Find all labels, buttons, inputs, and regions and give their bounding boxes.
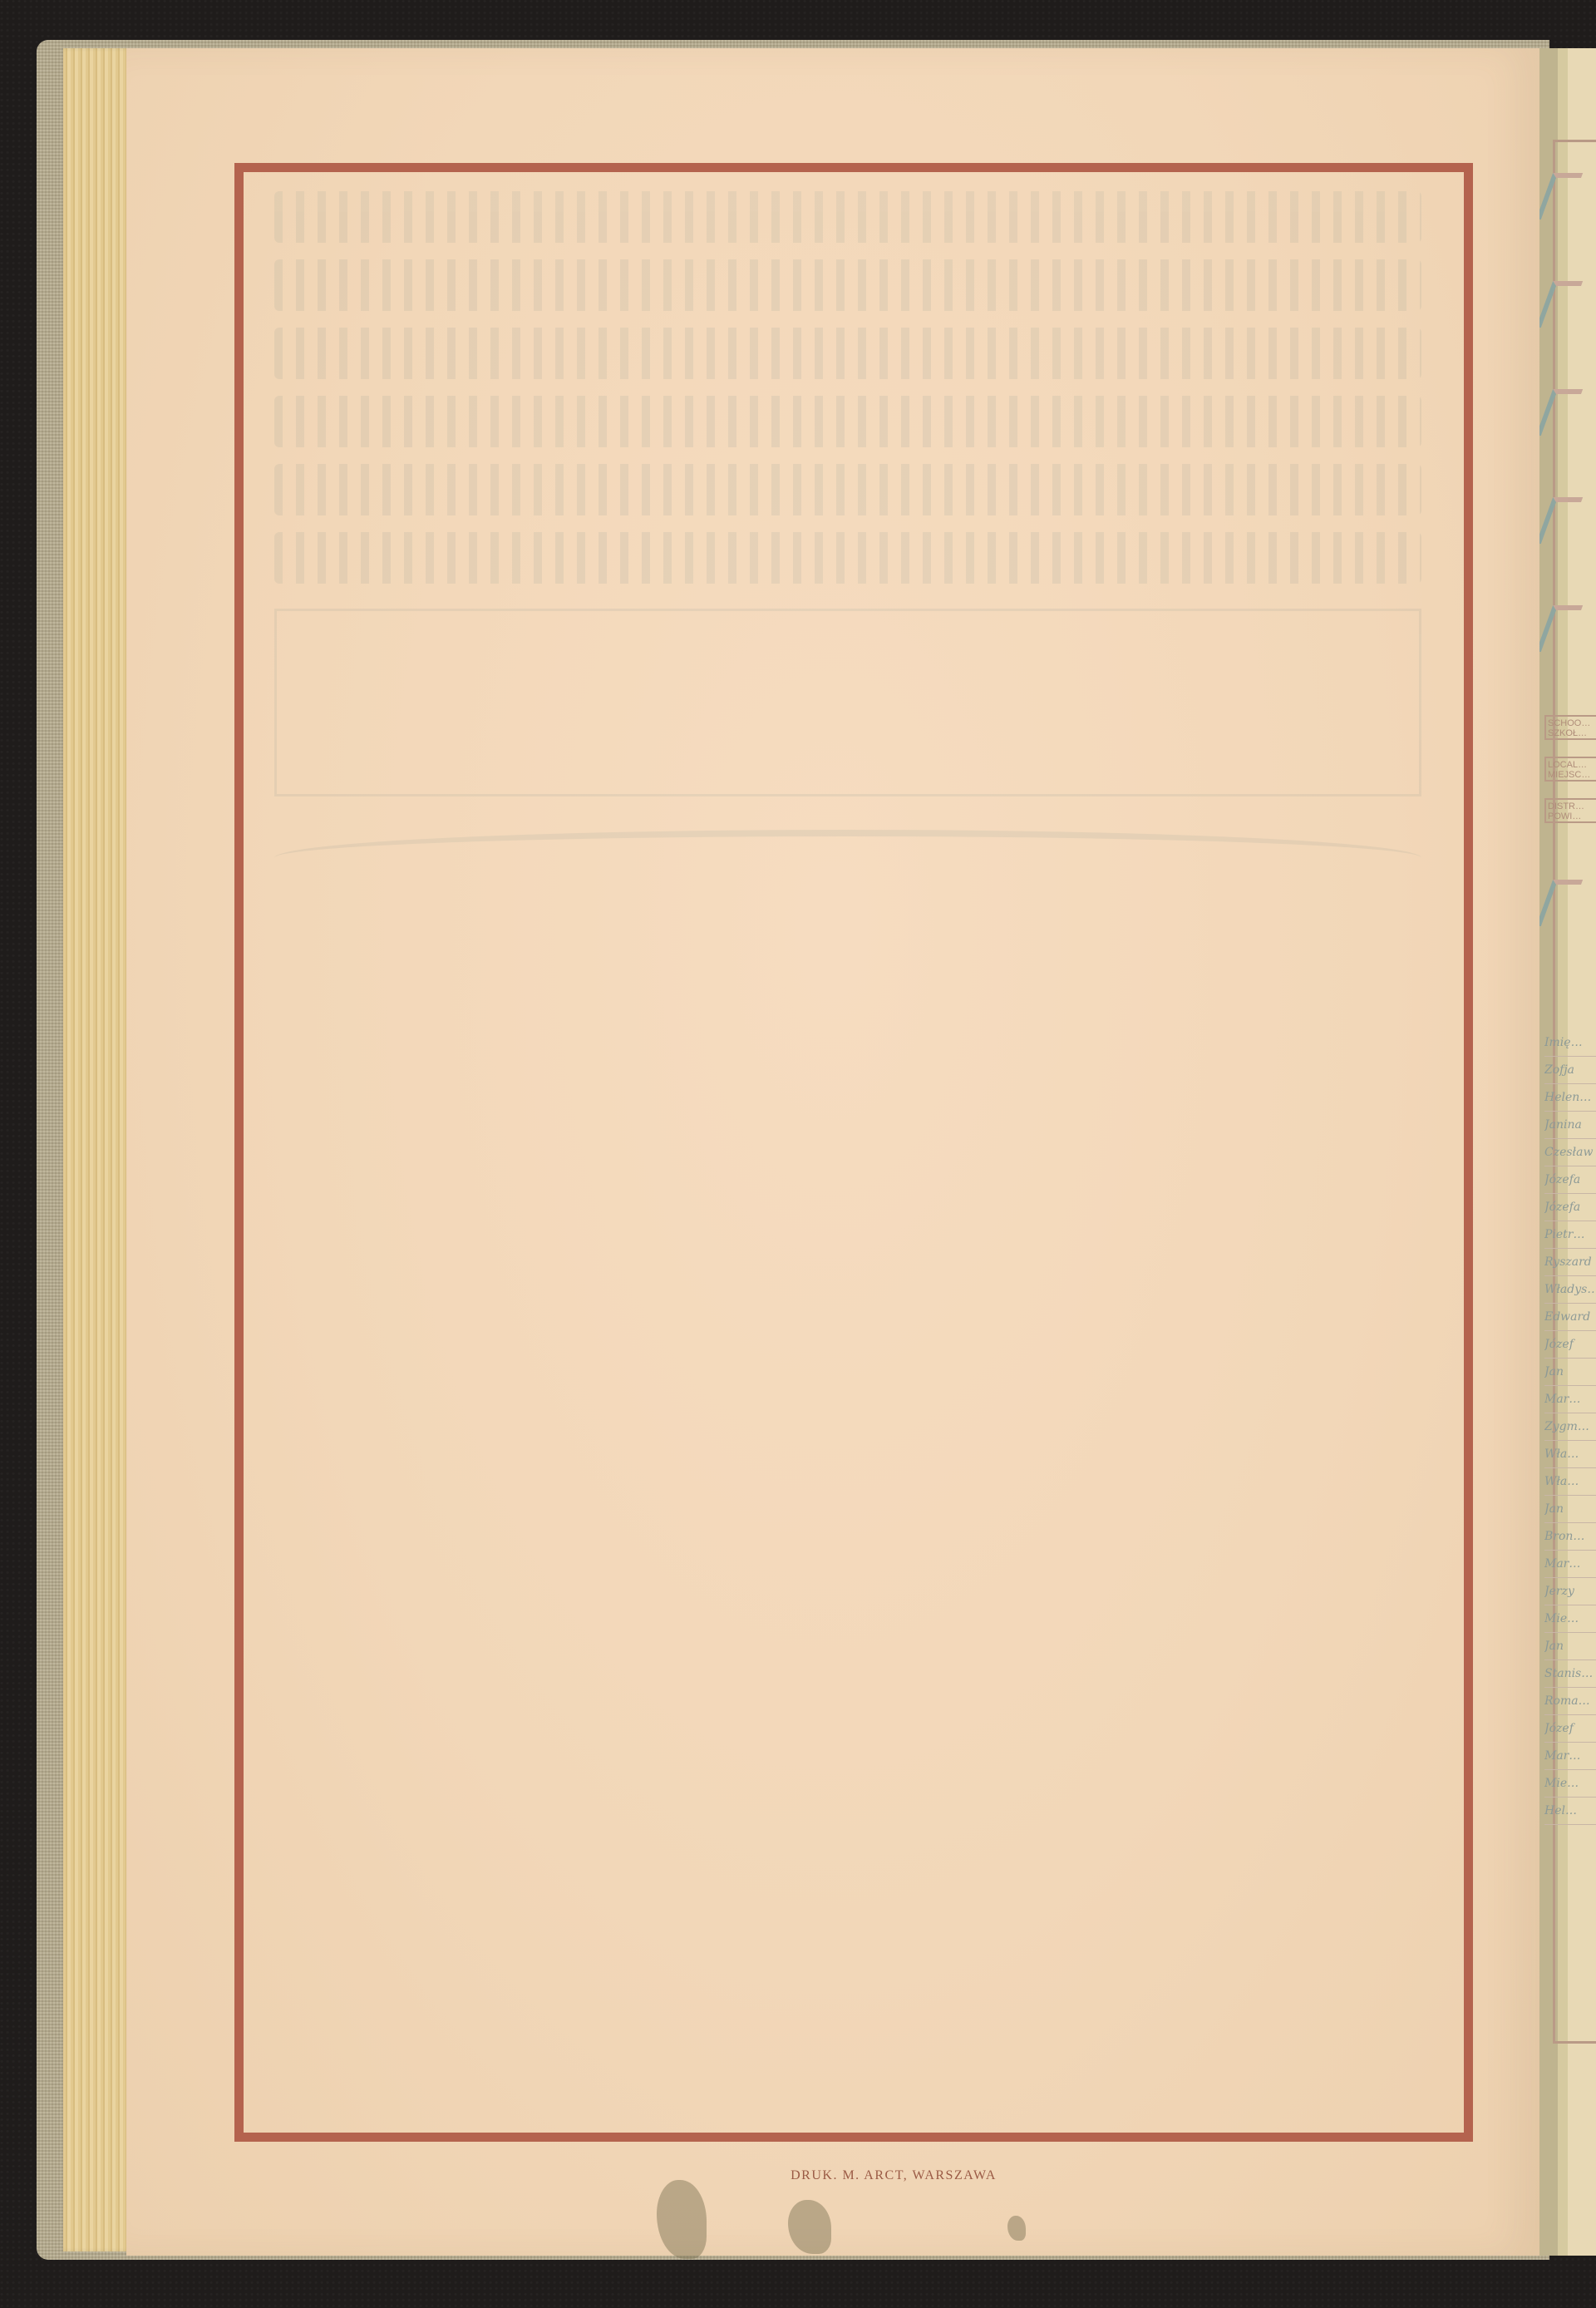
facing-label-school: SCHOO… SZKOŁ… <box>1544 715 1596 740</box>
decorative-red-frame <box>234 163 1473 2142</box>
name-entry: Roma… <box>1544 1688 1596 1715</box>
name-entry: Mie… <box>1544 1605 1596 1633</box>
name-entry: Wła… <box>1544 1441 1596 1468</box>
name-entry: Zygm… <box>1544 1413 1596 1441</box>
facing-label-locality: LOCAL… MIEJSC… <box>1544 757 1596 782</box>
name-entry: Stanis… <box>1544 1660 1596 1688</box>
name-entry: Czesław <box>1544 1139 1596 1166</box>
name-entry: Józef <box>1544 1331 1596 1359</box>
name-entry: Edward <box>1544 1304 1596 1331</box>
name-entry: Jerzy <box>1544 1578 1596 1605</box>
name-entry: Hel… <box>1544 1798 1596 1825</box>
name-entry: Mie… <box>1544 1770 1596 1798</box>
facing-names-list: Imię… Zofja Helen… Janina Czesław Józefa… <box>1544 1029 1596 1825</box>
water-stain <box>1007 2216 1026 2241</box>
name-entry: Józef <box>1544 1715 1596 1743</box>
name-entry: Mar… <box>1544 1743 1596 1770</box>
facing-label-district: DISTR… POWI… <box>1544 798 1596 823</box>
page-edges-stack <box>63 48 135 2251</box>
name-entry: Jan <box>1544 1496 1596 1523</box>
name-entry: Władys… <box>1544 1276 1596 1304</box>
name-entry: Józefa <box>1544 1166 1596 1194</box>
name-entry: Bron… <box>1544 1523 1596 1551</box>
name-entry: Imię… <box>1544 1029 1596 1057</box>
name-entry: Ryszard <box>1544 1249 1596 1276</box>
name-entry: Zofja <box>1544 1057 1596 1084</box>
name-entry: Józefa <box>1544 1194 1596 1221</box>
name-entry: Helen… <box>1544 1084 1596 1112</box>
name-entry: Mar… <box>1544 1551 1596 1578</box>
facing-page-edge: SCHOO… SZKOŁ… LOCAL… MIEJSC… DISTR… POWI… <box>1539 48 1596 2256</box>
name-entry: Mar… <box>1544 1386 1596 1413</box>
name-entry: Jan <box>1544 1633 1596 1660</box>
name-entry: Jan <box>1544 1359 1596 1386</box>
printer-imprint: DRUK. M. ARCT, WARSZAWA <box>0 2168 1596 2183</box>
name-entry: Janina <box>1544 1112 1596 1139</box>
name-entry: Wła… <box>1544 1468 1596 1496</box>
name-entry: Pietr… <box>1544 1221 1596 1249</box>
